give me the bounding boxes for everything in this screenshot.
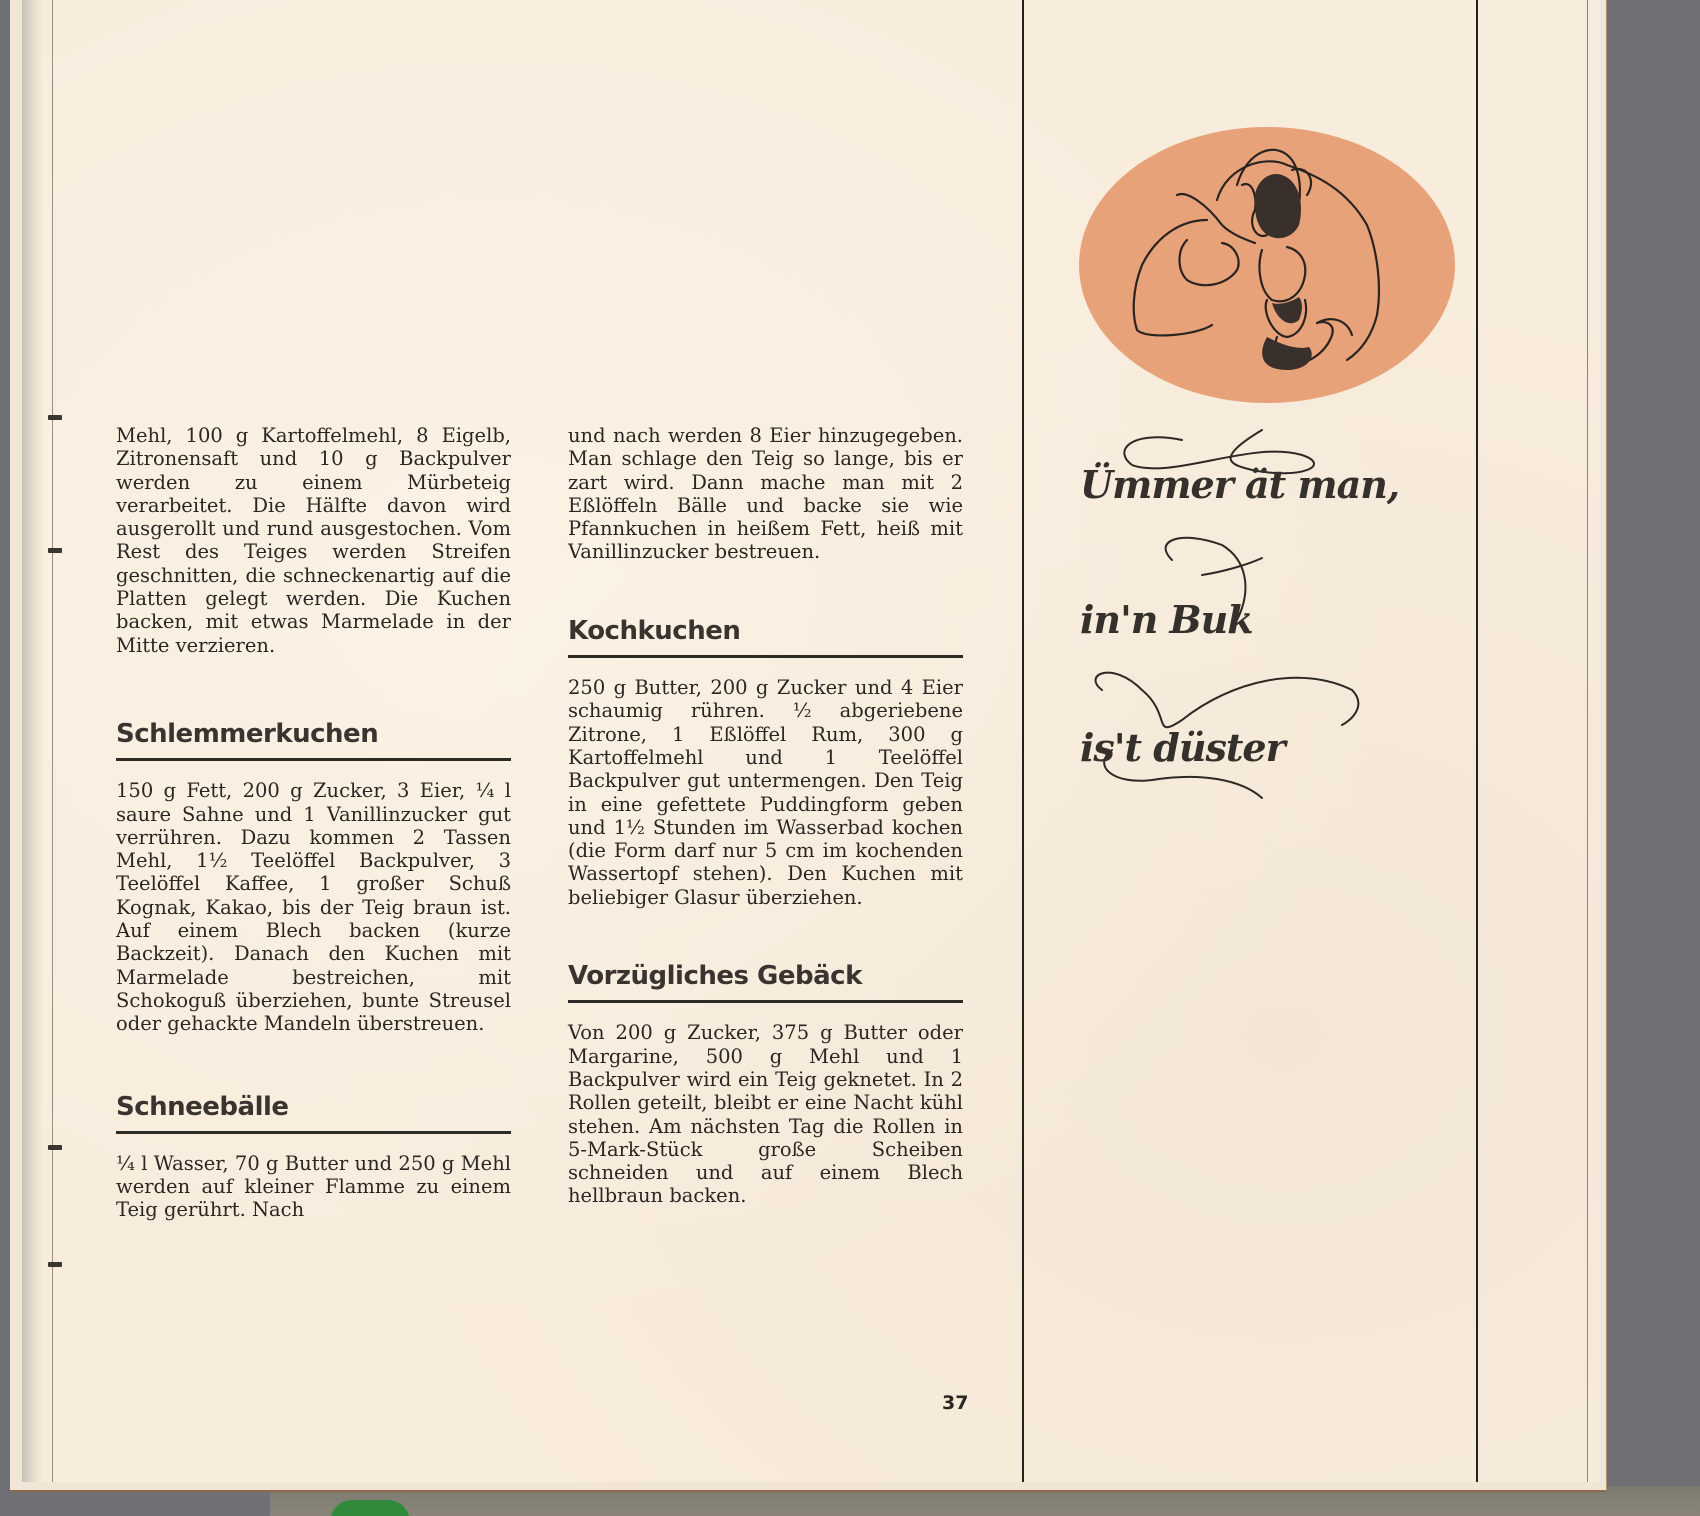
page-number: 37	[942, 1392, 968, 1414]
title-rule	[568, 655, 963, 658]
recipe-text: 250 g Butter, 200 g Zucker und 4 Eier sc…	[568, 676, 963, 909]
column-divider	[1022, 0, 1024, 1482]
staple	[48, 548, 62, 553]
booklet: Mehl, 100 g Kartoffelmehl, 8 Eigelb, Zit…	[10, 0, 1607, 1492]
title-rule	[116, 758, 511, 761]
recipe-title: Kochkuchen	[568, 620, 963, 643]
column-divider	[1476, 0, 1478, 1482]
binding-fold	[52, 0, 53, 1482]
spine-shadow	[22, 0, 44, 1482]
recipe-title: Schneebälle	[116, 1096, 511, 1119]
left-column: Mehl, 100 g Kartoffelmehl, 8 Eigelb, Zit…	[116, 424, 511, 1222]
middle-column: und nach werden 8 Eier hinzugegeben. Man…	[568, 424, 963, 1208]
man-eating-egg-illustration	[1077, 125, 1457, 405]
title-rule	[116, 1131, 511, 1134]
recipe-text: ¼ l Wasser, 70 g Butter und 250 g Mehl w…	[116, 1152, 511, 1222]
verse-line: Ümmer ät man,	[1080, 462, 1399, 507]
recipe-title: Vorzügliches Gebäck	[568, 965, 963, 988]
verse-line: in'n Buk	[1080, 597, 1253, 642]
staple	[48, 1145, 62, 1150]
book-page: Mehl, 100 g Kartoffelmehl, 8 Eigelb, Zit…	[22, 0, 1600, 1482]
recipe-text-continued: Mehl, 100 g Kartoffelmehl, 8 Eigelb, Zit…	[116, 424, 511, 657]
title-rule	[568, 1000, 963, 1003]
staple	[48, 1262, 62, 1267]
green-object	[330, 1500, 410, 1516]
recipe-text: 150 g Fett, 200 g Zucker, 3 Eier, ¼ l sa…	[116, 779, 511, 1035]
recipe-title: Schlemmerkuchen	[116, 723, 511, 746]
staple	[48, 415, 62, 420]
page-edge	[1587, 0, 1588, 1482]
recipe-text: Von 200 g Zucker, 375 g Butter oder Marg…	[568, 1021, 963, 1207]
verse-line: is't düster	[1080, 725, 1285, 770]
recipe-text-continued: und nach werden 8 Eier hinzugegeben. Man…	[568, 424, 963, 564]
